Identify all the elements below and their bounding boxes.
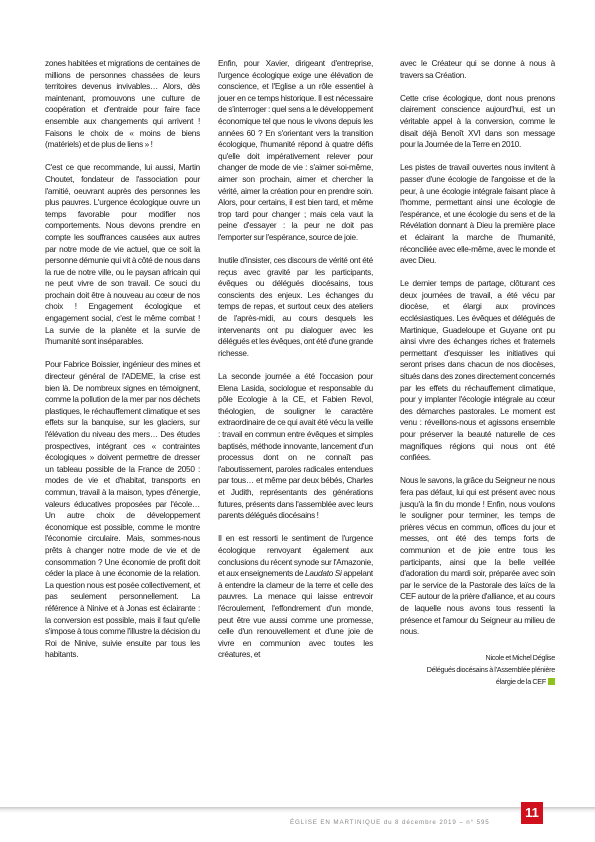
- paragraph: Pour Fabrice Boissier, ingénieur des min…: [45, 359, 200, 660]
- paragraph: Cette crise écologique, dont nous prenon…: [400, 93, 555, 151]
- encyclical-title: Laudato Si: [305, 569, 342, 578]
- signature-role-line2: élargie de la CEF: [400, 676, 555, 688]
- paragraph: Enfin, pour Xavier, dirigeant d'entrepri…: [218, 58, 373, 244]
- paragraph: zones habitées et migrations de centaine…: [45, 58, 200, 151]
- page-number-badge: 11: [521, 802, 543, 824]
- paragraph: Le dernier temps de partage, clôturant c…: [400, 278, 555, 464]
- paragraph: La seconde journée a été l'occasion pour…: [218, 371, 373, 522]
- footer-publication-info: ÉGLISE EN MARTINIQUE du 8 décembre 2019 …: [290, 819, 490, 826]
- signature-role: Délégués diocésains à l'Assemblée pléniè…: [400, 664, 555, 676]
- paragraph-laudato-si: Il en est ressorti le sentiment de l'urg…: [218, 533, 373, 661]
- column-1: zones habitées et migrations de centaine…: [45, 58, 200, 661]
- end-of-article-square-icon: [548, 678, 555, 685]
- paragraph: avec le Créateur qui se donne à nous à t…: [400, 58, 555, 81]
- signature-authors: Nicole et Michel Déglise: [400, 652, 555, 664]
- article-body: zones habitées et migrations de centaine…: [45, 58, 555, 798]
- column-2: Enfin, pour Xavier, dirigeant d'entrepri…: [218, 58, 373, 661]
- paragraph: Les pistes de travail ouvertes nous invi…: [400, 162, 555, 266]
- paragraph: Nous le savons, la grâce du Seigneur ne …: [400, 475, 555, 637]
- paragraph: Inutile d'insister, ces discours de véri…: [218, 255, 373, 359]
- column-3: avec le Créateur qui se donne à nous à t…: [400, 58, 555, 688]
- paragraph-text: appelant à entendre la clameur de la ter…: [218, 569, 373, 659]
- paragraph: C'est ce que recommande, lui aussi, Mart…: [45, 162, 200, 348]
- article-signature: Nicole et Michel Déglise Délégués diocés…: [400, 652, 555, 688]
- signature-role-text: élargie de la CEF: [496, 677, 546, 686]
- footer-divider: [0, 807, 595, 813]
